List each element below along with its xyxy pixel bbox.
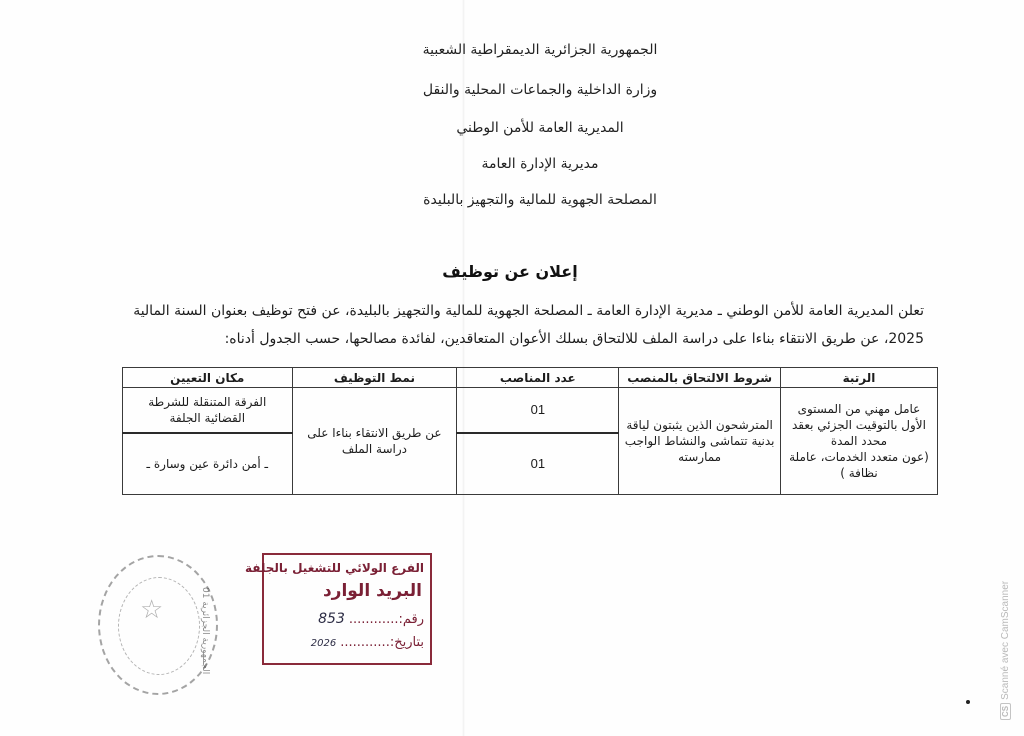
stamp-date-row: بتاريخ:............2026 [311,635,424,650]
header-count: عدد المناصب [457,368,619,388]
cell-conditions: المترشحون الذين يثبتون لياقة بدنية تتماش… [619,388,781,495]
stamp-number-value: 853 [318,611,345,627]
page-title: إعلان عن توظيف [440,262,580,281]
header-admin-directorate: مديرية الإدارة العامة [340,156,740,172]
header-place: مكان التعيين [123,368,293,388]
stamp-office: الفرع الولائي للتشغيل بالجلفة [245,561,424,575]
rank-line: نظافة ) [785,465,933,481]
stamp-number-label: رقم: [398,612,424,627]
header-mode: نمط التوظيف [292,368,457,388]
conditions-line: المترشحون الذين يثبتون لياقة [623,417,776,433]
seal-text: الجمهورية الجزائرية 01 [200,587,210,674]
cell-place: ـ أمن دائرة عين وسارة ـ [123,433,293,495]
camscanner-watermark: CSScanné avec CamScanner [1000,581,1011,720]
table-header-row: الرتبة شروط الالتحاق بالمنصب عدد المناصب… [123,368,938,388]
announcement-line-2: 2025، عن طريق الانتقاء بناءا على دراسة ا… [104,331,924,347]
seal-inner-ring [118,577,200,675]
camscanner-logo-icon: CS [1000,703,1011,720]
header-regional-service: المصلحة الجهوية للمالية والتجهيز بالبليد… [340,192,740,208]
place-line: ـ أمن دائرة عين وسارة ـ [127,456,288,472]
place-line: القضائية الجلفة [127,410,288,426]
stamp-heading: البريد الوارد [323,581,422,601]
header-republic: الجمهورية الجزائرية الديمقراطية الشعبية [340,42,740,58]
mode-line: عن طريق الانتقاء بناءا على [297,425,453,441]
ink-dot [966,700,970,704]
stamp-number-row: رقم:............853 [318,611,424,627]
place-line: الفرقة المتنقلة للشرطة [127,394,288,410]
header-directorate-general: المديرية العامة للأمن الوطني [340,120,740,136]
announcement-line-1: تعلن المديرية العامة للأمن الوطني ـ مدير… [104,303,924,319]
rank-line: (عون متعدد الخدمات، عاملة [785,449,933,465]
star-icon: ☆ [140,595,163,625]
cell-place: الفرقة المتنقلة للشرطة القضائية الجلفة [123,388,293,434]
stamp-date-value: 2026 [311,638,336,649]
stamp-date-label: بتاريخ: [390,635,424,650]
rank-line: محدد المدة [785,433,933,449]
cell-rank: عامل مهني من المستوى الأول بالتوقيت الجز… [780,388,937,495]
received-mail-stamp: الفرع الولائي للتشغيل بالجلفة البريد الو… [262,553,432,665]
header-ministry: وزارة الداخلية والجماعات المحلية والنقل [340,82,740,98]
rank-line: عامل مهني من المستوى [785,401,933,417]
positions-table: الرتبة شروط الالتحاق بالمنصب عدد المناصب… [122,367,938,495]
mode-line: دراسة الملف [297,441,453,457]
conditions-line: بدنية تتماشى والنشاط الواجب [623,433,776,449]
scanned-document-page: الجمهورية الجزائرية الديمقراطية الشعبية … [0,0,1024,736]
conditions-line: ممارسته [623,449,776,465]
stamp-dots: ............ [349,612,399,627]
rank-line: الأول بالتوقيت الجزئي بعقد [785,417,933,433]
cell-count: 01 [457,433,619,495]
header-rank: الرتبة [780,368,937,388]
cell-mode: عن طريق الانتقاء بناءا على دراسة الملف [292,388,457,495]
cell-count: 01 [457,388,619,434]
round-official-seal: ☆ الجمهورية الجزائرية 01 [98,555,218,695]
stamp-dots: ............ [340,635,390,650]
table-row: عامل مهني من المستوى الأول بالتوقيت الجز… [123,388,938,434]
header-conditions: شروط الالتحاق بالمنصب [619,368,781,388]
watermark-text: Scanné avec CamScanner [1000,581,1011,700]
